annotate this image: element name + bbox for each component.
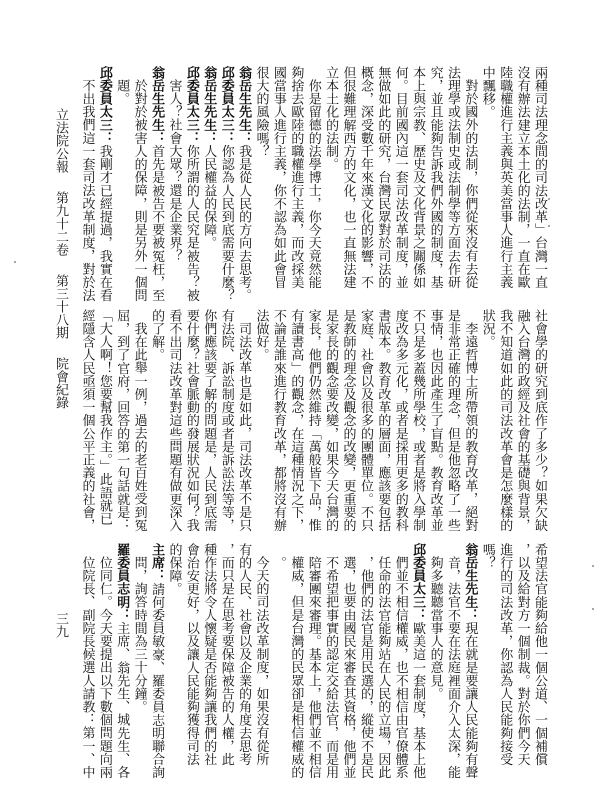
column-text: 家庭、社會以及很多的團體單位。不只 xyxy=(358,309,373,532)
text-column: 事情，也因此產生了盲點。教育改革並 xyxy=(426,309,443,525)
column-text: 夠捨去歐陸的職權進行主義，而改採美 xyxy=(288,66,303,289)
column-text: 你所謂的人民究是被告？被 xyxy=(184,145,199,302)
column-text: 沒有辦法建立本土化的法制，一直在歐 xyxy=(515,66,530,289)
speaker-line: 羅委員志明：主席、翁先生、城先生、各 xyxy=(113,543,130,765)
column-text: 有讀書高」的觀念，在這種情況之下， xyxy=(288,309,303,532)
column-text: 有法院、訴訟制度或者是訴訟法等等， xyxy=(219,309,234,532)
column-text: 經隱含人民亟須一個公平正義的社會， xyxy=(79,309,94,532)
text-column: 對於國外的法制，你們從來沒有去從 xyxy=(461,66,478,286)
column-text: 對於國外的法制，你們從來沒有去從 xyxy=(462,79,477,289)
column-text: 進行的司法改革，你認為人民能夠接受 xyxy=(497,543,512,766)
speaker-line: 翁岳生先生：我是從人民的方向去思考。 xyxy=(235,66,252,286)
column-text: 權威，但是台灣的民眾卻是相信權威的 xyxy=(288,556,303,779)
text-column: 音，法官不要在法庭裡面介入太深，能 xyxy=(444,543,461,765)
column-text: 我剛才已經提過，我實在看 xyxy=(97,145,112,302)
text-column: 們並不相信權威，也不相信由官僚體系 xyxy=(391,543,408,765)
text-column: 陸職權進行主義與英美當事人進行主義 xyxy=(496,66,513,286)
speaker-line: 翁岳生先生：人民權益的保障。 xyxy=(200,66,217,286)
column-text: 陸職權進行主義與英美當事人進行主義 xyxy=(497,66,512,289)
text-column: 是教師的理念及觀念的改變，更重要的 xyxy=(339,309,356,525)
speaker-name: 主席： xyxy=(149,543,164,582)
speaker-name: 邱委員太三： xyxy=(219,66,234,145)
column-text: 法做好。 xyxy=(254,309,269,361)
column-text: 不希望把事實的認定交給法官，而是用 xyxy=(323,556,338,779)
column-text: 司法改革也是如此，司法改革不是只 xyxy=(236,322,251,532)
column-text: 國當事人進行主義，你不認為如此會冒 xyxy=(271,66,286,289)
column-text: 本上與宗教、歷史及文化背景之關係如 xyxy=(410,66,425,289)
text-column: 融入台灣的政經及社會的基礎與背景， xyxy=(513,309,530,525)
column-text: 法理學或法制史或法制學等方面去作研 xyxy=(445,66,460,289)
text-column: 國當事人進行主義，你不認為如此會冒 xyxy=(270,66,287,286)
column-text: 究，並且能夠告訴我們外國的制度，基 xyxy=(428,66,443,289)
text-column: 兩種司法理念間的司法改革」台灣一直 xyxy=(531,66,548,286)
text-column: 種作法將令人懷疑是否能夠讓我們的社 xyxy=(200,543,217,765)
text-column: 問，詢答時間為三十分鐘。 xyxy=(130,543,147,765)
text-column: 有法院、訴訟制度或者是訴訟法等等， xyxy=(217,309,234,525)
text-column: 但很難理解西方的文化，也一直無法建 xyxy=(339,66,356,286)
column-text: 中飄移。 xyxy=(480,66,495,118)
column-text: 兩種司法理念間的司法改革」台灣一直 xyxy=(532,66,547,289)
column-text: 種作法將令人懷疑是否能夠讓我們的社 xyxy=(201,543,216,766)
text-column: 你是留德的法學博士，你今天竟然能 xyxy=(304,66,321,286)
column-text: 不出我們這一套司法改革制度，對於法 xyxy=(79,79,94,302)
text-column: 不只是多蓋幾所學校，或者是將入學制 xyxy=(409,309,426,525)
column-text: 屈，到了官府，回答的第一句話就是： xyxy=(114,309,129,532)
speaker-line: 邱委員太三：你所謂的人民究是被告？被 xyxy=(182,66,199,286)
text-column: 司法改革也是如此，司法改革不是只 xyxy=(235,309,252,525)
text-column: 很大的風險嗎？ xyxy=(252,66,269,286)
text-column: 有讀書高」的觀念，在這種情況之下， xyxy=(287,309,304,525)
column-text: 你認為人民到底需要什麼？ xyxy=(219,145,234,302)
text-column: 經隱含人民亟須一個公平正義的社會， xyxy=(78,309,95,525)
column-text: 夠多聽聽當事人的意見。 xyxy=(428,556,443,700)
column-text: ，而只是在思考要保障被告的人權，此 xyxy=(219,543,234,766)
column-text: 今天的司法改革制度，如果沒有從所 xyxy=(254,556,269,766)
column-text: 首先是被告不要被冤枉，至 xyxy=(149,145,164,302)
scan-speck xyxy=(548,198,550,200)
text-column: 不希望把事實的認定交給法官，而是用 xyxy=(322,543,339,765)
text-band-2: 社會學的研究到底作了多少？如果欠缺融入台灣的政經及社會的基礎與背景，我不知道如此… xyxy=(78,309,548,525)
column-text: 題。 xyxy=(114,79,129,105)
column-text: 任命的法官能夠站在人民的立場，因此 xyxy=(375,556,390,779)
text-column: 嗎？ xyxy=(478,543,495,765)
scan-speck xyxy=(14,261,16,263)
text-column: 看不出司法改革對這些問題有做更深入 xyxy=(165,309,182,525)
page-header: 立法院公報 第九十二卷 第三十八期 院會紀錄 xyxy=(52,108,68,409)
text-column: 是家長的觀念要改變，如果今天台灣的 xyxy=(322,309,339,525)
column-text: 會治安更好，以及讓人民能夠獲得司法 xyxy=(184,543,199,766)
issue-label: 第三十八期 xyxy=(52,274,68,339)
text-column: 本上與宗教、歷史及文化背景之關係如 xyxy=(409,66,426,286)
column-text: 的了解。 xyxy=(149,309,164,361)
column-text: 立本土化的法制。 xyxy=(323,66,338,171)
column-text: 。 xyxy=(271,556,286,569)
text-column: 陪審團來審理。基本上，他們並不相信 xyxy=(304,543,321,765)
publication-title: 立法院公報 xyxy=(52,108,68,173)
text-column: 於對於被害人的保障，則是另外一個問 xyxy=(130,66,147,286)
column-text: 有的人民、社會以及企業的角度去思考 xyxy=(236,543,251,766)
column-text: 是非常正確的理念，但是他忽略了一些 xyxy=(445,309,460,532)
text-band-3: 希望法官能夠給他一個公道、一個補償，以及給對方一個制裁。對於你們今天進行的司法改… xyxy=(78,543,548,765)
speaker-line: 邱委員太三：歐美這一套制度，基本上他 xyxy=(409,543,426,765)
text-column: ，以及給對方一個制裁。對於你們今天 xyxy=(513,543,530,765)
speaker-name: 邱委員太三： xyxy=(410,543,425,622)
column-text: 害人？社會大眾？還是企業界？ xyxy=(166,79,181,262)
column-text: 嗎？ xyxy=(480,543,495,569)
column-text: 無做如此的研究，台灣民眾對於司法的 xyxy=(375,66,390,289)
text-column: 我不知道如此的司法改革會是怎麼樣的 xyxy=(496,309,513,525)
text-column: 的保障。 xyxy=(165,543,182,765)
text-column: 書版本。教育改革的層面，應該要包括 xyxy=(374,309,391,525)
speaker-line: 翁岳生先生：現在就是要讓人民能夠有聲 xyxy=(461,543,478,765)
column-text: 社會學的研究到底作了多少？如果欠缺 xyxy=(532,309,547,532)
column-text: ，他們的法官是用民選的，縱使不是民 xyxy=(358,556,373,779)
speaker-name: 翁岳生先生： xyxy=(201,66,216,145)
section-label: 院會紀錄 xyxy=(52,357,68,409)
column-text: 我在此舉一例，過去的老百姓受到冤 xyxy=(132,322,147,532)
text-column: 是非常正確的理念，但是他忽略了一些 xyxy=(444,309,461,525)
column-text: 人民權益的保障。 xyxy=(201,145,216,250)
column-text: 問，詢答時間為三十分鐘。 xyxy=(132,556,147,713)
text-column: 權威，但是台灣的民眾卻是相信權威的 xyxy=(287,543,304,765)
column-text: 陪審團來審理。基本上，他們並不相信 xyxy=(306,556,321,779)
text-column: 夠多聽聽當事人的意見。 xyxy=(426,543,443,765)
speaker-line: 邱委員太三：你認為人民到底需要什麼？ xyxy=(217,66,234,286)
text-column: 有的人民、社會以及企業的角度去思考 xyxy=(235,543,252,765)
text-column: 家長，他們仍然維持「萬般皆下品，惟 xyxy=(304,309,321,525)
speaker-line: 主席：請何委員敏豪、羅委員志明聯合詢 xyxy=(148,543,165,765)
text-column: 中飄移。 xyxy=(478,66,495,286)
column-text: 但很難理解西方的文化，也一直無法建 xyxy=(341,66,356,289)
text-column: 選，也要由國民來審查其資格，他們並 xyxy=(339,543,356,765)
speaker-name: 翁岳生先生： xyxy=(236,66,251,145)
speaker-name: 翁岳生先生： xyxy=(149,66,164,145)
text-column: 李遠哲博士所帶領的教育改革，絕對 xyxy=(461,309,478,525)
text-band-1: 兩種司法理念間的司法改革」台灣一直沒有辦法建立本土化的法制，一直在歐陸職權進行主… xyxy=(78,66,548,286)
text-column: 不論是誰來進行教育改革，都將沒有辦 xyxy=(270,309,287,525)
text-column: 我在此舉一例，過去的老百姓受到冤 xyxy=(130,309,147,525)
text-column: 不出我們這一套司法改革制度，對於法 xyxy=(78,66,95,286)
speaker-name: 邱委員太三： xyxy=(97,66,112,145)
text-column: 今天的司法改革制度，如果沒有從所 xyxy=(252,543,269,765)
column-text: 是家長的觀念要改變，如果今天台灣的 xyxy=(323,309,338,532)
column-text: 看不出司法改革對這些問題有做更深入 xyxy=(166,309,181,532)
column-text: 你們應該要了解的問題是，人民到底需 xyxy=(201,309,216,532)
text-column: 你們應該要了解的問題是，人民到底需 xyxy=(200,309,217,525)
text-column: 概念，深受數千年來漢文化的影響，不 xyxy=(357,66,374,286)
text-column: 無做如此的研究，台灣民眾對於司法的 xyxy=(374,66,391,286)
column-text: 融入台灣的政經及社會的基礎與背景， xyxy=(515,309,530,532)
text-column: ，而只是在思考要保障被告的人權，此 xyxy=(217,543,234,765)
text-column: 狀況。 xyxy=(478,309,495,525)
column-text: 位院長、副院長候選人請教：第一、中 xyxy=(79,556,94,779)
column-text: 事情，也因此產生了盲點。教育改革並 xyxy=(428,309,443,532)
text-column: 要什麼？社會脈動的發展狀況如何？我 xyxy=(182,309,199,525)
column-text: 歐美這一套制度，基本上他 xyxy=(410,622,425,779)
volume-label: 第九十二卷 xyxy=(52,191,68,256)
text-column: 沒有辦法建立本土化的法制，一直在歐 xyxy=(513,66,530,286)
column-text: 我是從人民的方向去思考。 xyxy=(236,145,251,302)
column-text: 要什麼？社會脈動的發展狀況如何？我 xyxy=(184,309,199,532)
column-text: 「大人啊！您要幫我作主。」此語就已 xyxy=(97,309,112,525)
column-text: 我不知道如此的司法改革會是怎麼樣的 xyxy=(497,309,512,532)
column-text: 狀況。 xyxy=(480,309,495,348)
text-column: 。 xyxy=(270,543,287,765)
text-column: 夠捨去歐陸的職權進行主義，而改採美 xyxy=(287,66,304,286)
column-text: 家長，他們仍然維持「萬般皆下品，惟 xyxy=(306,309,321,532)
scan-speck xyxy=(548,225,550,227)
column-text: 李遠哲博士所帶領的教育改革，絕對 xyxy=(462,322,477,532)
speaker-name: 翁岳生先生： xyxy=(462,543,477,622)
text-column: 位院長、副院長候選人請教：第一、中 xyxy=(78,543,95,765)
text-column: 希望法官能夠給他一個公道、一個補償 xyxy=(531,543,548,765)
column-text: 音，法官不要在法庭裡面介入太深，能 xyxy=(445,556,460,779)
text-column: 位同仁。今天要提出以下數個問題向兩 xyxy=(95,543,112,765)
column-text: 位同仁。今天要提出以下數個問題向兩 xyxy=(97,556,112,779)
text-column: 進行的司法改革，你認為人民能夠接受 xyxy=(496,543,513,765)
text-column: 害人？社會大眾？還是企業界？ xyxy=(165,66,182,286)
text-column: 會治安更好，以及讓人民能夠獲得司法 xyxy=(182,543,199,765)
page-number: 三九 xyxy=(52,612,68,638)
column-text: 們並不相信權威，也不相信由官僚體系 xyxy=(393,556,408,779)
column-text: 是教師的理念及觀念的改變，更重要的 xyxy=(341,309,356,532)
text-column: 「大人啊！您要幫我作主。」此語就已 xyxy=(95,309,112,525)
scan-speck xyxy=(592,608,594,610)
column-text: 主席、翁先生、城先生、各 xyxy=(114,622,129,779)
text-column: 家庭、社會以及很多的團體單位。不只 xyxy=(357,309,374,525)
text-column: 立本土化的法制。 xyxy=(322,66,339,286)
column-text: 書版本。教育改革的層面，應該要包括 xyxy=(375,309,390,532)
column-text: 你是留德的法學博士，你今天竟然能 xyxy=(306,79,321,289)
scan-speck xyxy=(592,565,594,567)
column-text: 的保障。 xyxy=(166,543,181,595)
column-text: 不只是多蓋幾所學校，或者是將入學制 xyxy=(410,309,425,532)
text-column: 度改為多元化，或者是採用更多的教科 xyxy=(391,309,408,525)
column-text: 不論是誰來進行教育改革，都將沒有辦 xyxy=(271,309,286,532)
column-text: 現在就是要讓人民能夠有聲 xyxy=(462,622,477,779)
column-text: 概念，深受數千年來漢文化的影響，不 xyxy=(358,66,373,289)
column-text: 度改為多元化，或者是採用更多的教科 xyxy=(393,309,408,532)
speaker-line: 翁岳生先生：首先是被告不要被冤枉，至 xyxy=(148,66,165,286)
speaker-line: 邱委員太三：我剛才已經提過，我實在看 xyxy=(95,66,112,286)
column-text: 希望法官能夠給他一個公道、一個補償 xyxy=(532,543,547,766)
text-column: 法理學或法制史或法制學等方面去作研 xyxy=(444,66,461,286)
speaker-name: 邱委員太三： xyxy=(184,66,199,145)
column-text: 選，也要由國民來審查其資格，他們並 xyxy=(341,556,356,779)
column-text: 請何委員敏豪、羅委員志明聯合詢 xyxy=(149,582,164,779)
column-text: 很大的風險嗎？ xyxy=(254,66,269,158)
text-column: 究，並且能夠告訴我們外國的制度，基 xyxy=(426,66,443,286)
text-column: 的了解。 xyxy=(148,309,165,525)
text-column: 社會學的研究到底作了多少？如果欠缺 xyxy=(531,309,548,525)
text-column: 任命的法官能夠站在人民的立場，因此 xyxy=(374,543,391,765)
speaker-name: 羅委員志明： xyxy=(114,543,129,622)
column-text: ，以及給對方一個制裁。對於你們今天 xyxy=(515,543,530,766)
column-text: 於對於被害人的保障，則是另外一個問 xyxy=(132,79,147,302)
text-column: 屈，到了官府，回答的第一句話就是： xyxy=(113,309,130,525)
text-column: 何。目前國內這一套司法改革制度，並 xyxy=(391,66,408,286)
column-text: 何。目前國內這一套司法改革制度，並 xyxy=(393,66,408,289)
text-column: ，他們的法官是用民選的，縱使不是民 xyxy=(357,543,374,765)
text-column: 法做好。 xyxy=(252,309,269,525)
text-column: 題。 xyxy=(113,66,130,286)
